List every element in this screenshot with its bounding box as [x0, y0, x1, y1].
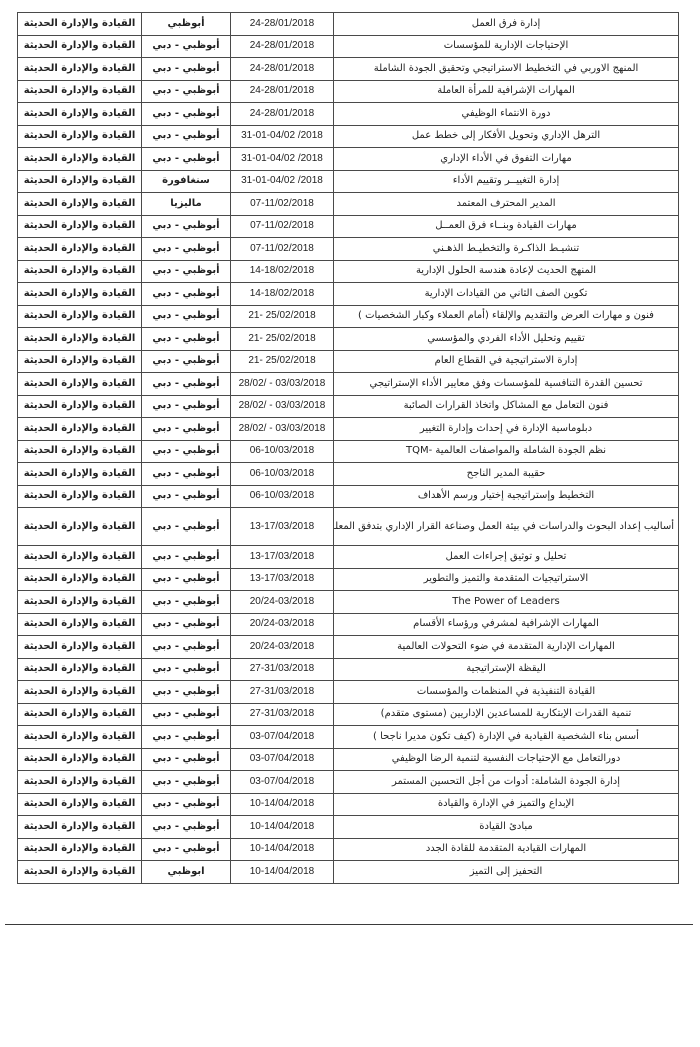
course-title-cell: إدارة الاستراتيجية في القطاع العام	[334, 350, 679, 373]
course-date-cell: 10-14/04/2018	[231, 816, 334, 839]
table-row: الترهل الإداري وتحويل الأفكار إلى خطط عم…	[18, 125, 679, 148]
course-city-cell: أبوظبي - دبي	[142, 771, 231, 794]
course-city-cell: أبوظبي - دبي	[142, 658, 231, 681]
course-date-cell: 20/24-03/2018	[231, 591, 334, 614]
course-date-cell: 28/02/ - 03/03/2018	[231, 373, 334, 396]
table-row: تقييم وتحليل الأداء الفردي والمؤسسي21- 2…	[18, 328, 679, 351]
course-category-cell: القيادة والإدارة الحديثة	[18, 485, 142, 508]
course-title-cell: التخطيط وإستراتيجية إختيار ورسم الأهداف	[334, 485, 679, 508]
document-page: إدارة فرق العمل24-28/01/2018أبوظبيالقياد…	[0, 0, 700, 1047]
course-date-cell: 24-28/01/2018	[231, 80, 334, 103]
course-date-cell: 03-07/04/2018	[231, 771, 334, 794]
course-date-cell: 13-17/03/2018	[231, 568, 334, 591]
course-date-cell: 06-10/03/2018	[231, 463, 334, 486]
course-title-cell: اليقظة الإستراتيجية	[334, 658, 679, 681]
course-title-cell: إدارة التغييــر وتقييم الأداء	[334, 170, 679, 193]
course-title-cell: تنشيـط الذاكـرة والتخطيـط الذهـني	[334, 238, 679, 261]
course-city-cell: أبوظبي - دبي	[142, 305, 231, 328]
course-category-cell: القيادة والإدارة الحديثة	[18, 395, 142, 418]
course-city-cell: أبوظبي - دبي	[142, 485, 231, 508]
course-date-cell: 13-17/03/2018	[231, 508, 334, 546]
table-row: الإحتياجات الإدارية للمؤسسات24-28/01/201…	[18, 35, 679, 58]
course-city-cell: أبوظبي - دبي	[142, 373, 231, 396]
course-city-cell: أبوظبي - دبي	[142, 80, 231, 103]
course-category-cell: القيادة والإدارة الحديثة	[18, 771, 142, 794]
course-city-cell: أبوظبي - دبي	[142, 726, 231, 749]
course-category-cell: القيادة والإدارة الحديثة	[18, 283, 142, 306]
course-city-cell: أبوظبي - دبي	[142, 103, 231, 126]
table-row: المهارات الإشرافية للمرأة العاملة24-28/0…	[18, 80, 679, 103]
course-category-cell: القيادة والإدارة الحديثة	[18, 58, 142, 81]
table-row: مبادئ القيادة10-14/04/2018أبوظبي - دبيال…	[18, 816, 679, 839]
table-row: القيادة التنفيذية في المنظمات والمؤسسات2…	[18, 681, 679, 704]
course-title-cell: المهارات القيادية المتقدمة للقادة الجدد	[334, 838, 679, 861]
course-category-cell: القيادة والإدارة الحديثة	[18, 148, 142, 171]
course-title-cell: أسس بناء الشخصية القيادية في الإدارة (كي…	[334, 726, 679, 749]
course-date-cell: 27-31/03/2018	[231, 703, 334, 726]
course-date-cell: 28/02/ - 03/03/2018	[231, 395, 334, 418]
table-row: مهارات القيادة وبنــاء فرق العمــل07-11/…	[18, 215, 679, 238]
course-city-cell: ابوظبي	[142, 861, 231, 884]
course-date-cell: 07-11/02/2018	[231, 215, 334, 238]
course-category-cell: القيادة والإدارة الحديثة	[18, 463, 142, 486]
course-category-cell: القيادة والإدارة الحديثة	[18, 418, 142, 441]
course-city-cell: أبوظبي - دبي	[142, 260, 231, 283]
course-title-cell: مهارات القيادة وبنــاء فرق العمــل	[334, 215, 679, 238]
course-city-cell: أبوظبي - دبي	[142, 125, 231, 148]
table-row: مهارات التفوق في الأداء الإداري31-01-04/…	[18, 148, 679, 171]
course-title-cell: القيادة التنفيذية في المنظمات والمؤسسات	[334, 681, 679, 704]
course-city-cell: أبوظبي	[142, 13, 231, 36]
course-category-cell: القيادة والإدارة الحديثة	[18, 328, 142, 351]
course-category-cell: القيادة والإدارة الحديثة	[18, 591, 142, 614]
course-city-cell: أبوظبي - دبي	[142, 283, 231, 306]
course-city-cell: أبوظبي - دبي	[142, 350, 231, 373]
table-row: تنمية القدرات الإبتكارية للمساعدين الإدا…	[18, 703, 679, 726]
course-city-cell: أبوظبي - دبي	[142, 58, 231, 81]
course-city-cell: أبوظبي - دبي	[142, 748, 231, 771]
course-date-cell: 13-17/03/2018	[231, 546, 334, 569]
course-city-cell: أبوظبي - دبي	[142, 681, 231, 704]
course-title-cell: تقييم وتحليل الأداء الفردي والمؤسسي	[334, 328, 679, 351]
table-row: إدارة التغييــر وتقييم الأداء31-01-04/02…	[18, 170, 679, 193]
course-date-cell: 14-18/02/2018	[231, 260, 334, 283]
course-date-cell: 24-28/01/2018	[231, 103, 334, 126]
course-title-cell: المنهج الحديث لإعادة هندسة الحلول الإدار…	[334, 260, 679, 283]
course-category-cell: القيادة والإدارة الحديثة	[18, 613, 142, 636]
course-date-cell: 27-31/03/2018	[231, 681, 334, 704]
course-city-cell: سنغافورة	[142, 170, 231, 193]
course-title-cell: تكوين الصف الثاني من القيادات الإدارية	[334, 283, 679, 306]
course-category-cell: القيادة والإدارة الحديثة	[18, 35, 142, 58]
course-city-cell: ماليزيا	[142, 193, 231, 216]
table-row: تنشيـط الذاكـرة والتخطيـط الذهـني07-11/0…	[18, 238, 679, 261]
table-row: تكوين الصف الثاني من القيادات الإدارية14…	[18, 283, 679, 306]
table-row: المهارات الإدارية المتقدمة في ضوء التحول…	[18, 636, 679, 659]
course-category-cell: القيادة والإدارة الحديثة	[18, 170, 142, 193]
course-category-cell: القيادة والإدارة الحديثة	[18, 568, 142, 591]
course-city-cell: أبوظبي - دبي	[142, 838, 231, 861]
course-category-cell: القيادة والإدارة الحديثة	[18, 373, 142, 396]
course-category-cell: القيادة والإدارة الحديثة	[18, 350, 142, 373]
course-date-cell: 20/24-03/2018	[231, 613, 334, 636]
course-date-cell: 10-14/04/2018	[231, 793, 334, 816]
course-date-cell: 03-07/04/2018	[231, 726, 334, 749]
course-title-cell: الاستراتيجيات المتقدمة والتميز والتطوير	[334, 568, 679, 591]
course-title-cell: فنون و مهارات العرض والتقديم والإلقاء (أ…	[334, 305, 679, 328]
course-category-cell: القيادة والإدارة الحديثة	[18, 861, 142, 884]
table-row: المدير المحترف المعتمد07-11/02/2018ماليز…	[18, 193, 679, 216]
course-city-cell: أبوظبي - دبي	[142, 328, 231, 351]
course-date-cell: 31-01-04/02 /2018	[231, 125, 334, 148]
course-city-cell: أبوظبي - دبي	[142, 613, 231, 636]
course-date-cell: 07-11/02/2018	[231, 193, 334, 216]
course-date-cell: 24-28/01/2018	[231, 13, 334, 36]
course-city-cell: أبوظبي - دبي	[142, 703, 231, 726]
table-row: إدارة فرق العمل24-28/01/2018أبوظبيالقياد…	[18, 13, 679, 36]
table-row: الإبداع والتميز في الإدارة والقيادة10-14…	[18, 793, 679, 816]
course-category-cell: القيادة والإدارة الحديثة	[18, 215, 142, 238]
course-category-cell: القيادة والإدارة الحديثة	[18, 193, 142, 216]
course-title-cell: تنمية القدرات الإبتكارية للمساعدين الإدا…	[334, 703, 679, 726]
course-title-cell: حقيبة المدير الناجح	[334, 463, 679, 486]
course-category-cell: القيادة والإدارة الحديثة	[18, 748, 142, 771]
course-category-cell: القيادة والإدارة الحديثة	[18, 658, 142, 681]
course-title-cell: الإبداع والتميز في الإدارة والقيادة	[334, 793, 679, 816]
course-date-cell: 24-28/01/2018	[231, 35, 334, 58]
course-title-cell: نظم الجودة الشاملة والمواصفات العالمية -…	[334, 440, 679, 463]
course-title-cell: المنهج الاوربي في التخطيط الاستراتيجي وت…	[334, 58, 679, 81]
course-title-cell: مبادئ القيادة	[334, 816, 679, 839]
course-title-cell: مهارات التفوق في الأداء الإداري	[334, 148, 679, 171]
course-category-cell: القيادة والإدارة الحديثة	[18, 80, 142, 103]
table-row: أساليب إعداد البحوث والدراسات في بيئة ال…	[18, 508, 679, 546]
course-city-cell: أبوظبي - دبي	[142, 148, 231, 171]
course-category-cell: القيادة والإدارة الحديثة	[18, 508, 142, 546]
course-date-cell: 06-10/03/2018	[231, 440, 334, 463]
course-category-cell: القيادة والإدارة الحديثة	[18, 260, 142, 283]
course-title-cell: دورالتعامل مع الإحتياجات النفسية لتنمية …	[334, 748, 679, 771]
course-category-cell: القيادة والإدارة الحديثة	[18, 636, 142, 659]
course-date-cell: 20/24-03/2018	[231, 636, 334, 659]
course-title-cell: التحفيز إلى التميز	[334, 861, 679, 884]
course-title-cell: فنون التعامل مع المشاكل واتخاذ القرارات …	[334, 395, 679, 418]
course-title-cell: دورة الانتماء الوظيفي	[334, 103, 679, 126]
course-schedule-table: إدارة فرق العمل24-28/01/2018أبوظبيالقياد…	[17, 12, 679, 884]
course-title-cell: أساليب إعداد البحوث والدراسات في بيئة ال…	[334, 508, 679, 546]
course-date-cell: 31-01-04/02 /2018	[231, 148, 334, 171]
footer-divider	[5, 924, 693, 925]
course-category-cell: القيادة والإدارة الحديثة	[18, 305, 142, 328]
course-city-cell: أبوظبي - دبي	[142, 636, 231, 659]
course-city-cell: أبوظبي - دبي	[142, 508, 231, 546]
course-title-cell: الإحتياجات الإدارية للمؤسسات	[334, 35, 679, 58]
course-title-cell: The Power of Leaders	[334, 591, 679, 614]
course-title-cell: المهارات الإشرافية للمرأة العاملة	[334, 80, 679, 103]
table-row: فنون و مهارات العرض والتقديم والإلقاء (أ…	[18, 305, 679, 328]
course-city-cell: أبوظبي - دبي	[142, 215, 231, 238]
course-date-cell: 07-11/02/2018	[231, 238, 334, 261]
course-category-cell: القيادة والإدارة الحديثة	[18, 238, 142, 261]
course-city-cell: أبوظبي - دبي	[142, 418, 231, 441]
course-date-cell: 10-14/04/2018	[231, 838, 334, 861]
course-category-cell: القيادة والإدارة الحديثة	[18, 103, 142, 126]
course-category-cell: القيادة والإدارة الحديثة	[18, 838, 142, 861]
course-city-cell: أبوظبي - دبي	[142, 463, 231, 486]
course-category-cell: القيادة والإدارة الحديثة	[18, 681, 142, 704]
course-date-cell: 14-18/02/2018	[231, 283, 334, 306]
table-row: نظم الجودة الشاملة والمواصفات العالمية -…	[18, 440, 679, 463]
course-date-cell: 21- 25/02/2018	[231, 328, 334, 351]
table-row: دورالتعامل مع الإحتياجات النفسية لتنمية …	[18, 748, 679, 771]
table-row: الاستراتيجيات المتقدمة والتميز والتطوير1…	[18, 568, 679, 591]
table-row: أسس بناء الشخصية القيادية في الإدارة (كي…	[18, 726, 679, 749]
course-category-cell: القيادة والإدارة الحديثة	[18, 703, 142, 726]
course-date-cell: 24-28/01/2018	[231, 58, 334, 81]
table-row: إدارة الاستراتيجية في القطاع العام21- 25…	[18, 350, 679, 373]
course-title-cell: المهارات الإشرافية لمشرفي ورؤساء الأقسام	[334, 613, 679, 636]
course-category-cell: القيادة والإدارة الحديثة	[18, 546, 142, 569]
course-title-cell: دبلوماسية الإدارة في إحداث وإدارة التغيي…	[334, 418, 679, 441]
table-row: دورة الانتماء الوظيفي24-28/01/2018أبوظبي…	[18, 103, 679, 126]
table-row: اليقظة الإستراتيجية27-31/03/2018أبوظبي -…	[18, 658, 679, 681]
course-city-cell: أبوظبي - دبي	[142, 793, 231, 816]
course-city-cell: أبوظبي - دبي	[142, 568, 231, 591]
table-row: المنهج الحديث لإعادة هندسة الحلول الإدار…	[18, 260, 679, 283]
course-category-cell: القيادة والإدارة الحديثة	[18, 440, 142, 463]
course-date-cell: 28/02/ - 03/03/2018	[231, 418, 334, 441]
course-city-cell: أبوظبي - دبي	[142, 546, 231, 569]
table-row: حقيبة المدير الناجح06-10/03/2018أبوظبي -…	[18, 463, 679, 486]
course-title-cell: تحليل و توثيق إجراءات العمل	[334, 546, 679, 569]
course-city-cell: أبوظبي - دبي	[142, 591, 231, 614]
course-city-cell: أبوظبي - دبي	[142, 35, 231, 58]
course-date-cell: 10-14/04/2018	[231, 861, 334, 884]
course-city-cell: أبوظبي - دبي	[142, 395, 231, 418]
course-date-cell: 31-01-04/02 /2018	[231, 170, 334, 193]
table-row: فنون التعامل مع المشاكل واتخاذ القرارات …	[18, 395, 679, 418]
table-row: التحفيز إلى التميز10-14/04/2018ابوظبيالق…	[18, 861, 679, 884]
course-title-cell: إدارة فرق العمل	[334, 13, 679, 36]
course-title-cell: إدارة الجودة الشاملة: أدوات من أجل التحس…	[334, 771, 679, 794]
course-title-cell: تحسين القدرة التنافسية للمؤسسات وفق معاي…	[334, 373, 679, 396]
course-date-cell: 03-07/04/2018	[231, 748, 334, 771]
course-date-cell: 27-31/03/2018	[231, 658, 334, 681]
course-city-cell: أبوظبي - دبي	[142, 816, 231, 839]
table-row: المهارات القيادية المتقدمة للقادة الجدد1…	[18, 838, 679, 861]
course-title-cell: المهارات الإدارية المتقدمة في ضوء التحول…	[334, 636, 679, 659]
course-date-cell: 21- 25/02/2018	[231, 350, 334, 373]
table-row: إدارة الجودة الشاملة: أدوات من أجل التحس…	[18, 771, 679, 794]
table-row: The Power of Leaders20/24-03/2018أبوظبي …	[18, 591, 679, 614]
table-row: التخطيط وإستراتيجية إختيار ورسم الأهداف0…	[18, 485, 679, 508]
course-category-cell: القيادة والإدارة الحديثة	[18, 125, 142, 148]
table-row: تحسين القدرة التنافسية للمؤسسات وفق معاي…	[18, 373, 679, 396]
course-title-cell: الترهل الإداري وتحويل الأفكار إلى خطط عم…	[334, 125, 679, 148]
table-row: المهارات الإشرافية لمشرفي ورؤساء الأقسام…	[18, 613, 679, 636]
course-category-cell: القيادة والإدارة الحديثة	[18, 793, 142, 816]
table-row: المنهج الاوربي في التخطيط الاستراتيجي وت…	[18, 58, 679, 81]
schedule-body: إدارة فرق العمل24-28/01/2018أبوظبيالقياد…	[18, 13, 679, 884]
course-category-cell: القيادة والإدارة الحديثة	[18, 726, 142, 749]
course-title-cell: المدير المحترف المعتمد	[334, 193, 679, 216]
course-city-cell: أبوظبي - دبي	[142, 238, 231, 261]
table-row: تحليل و توثيق إجراءات العمل13-17/03/2018…	[18, 546, 679, 569]
table-row: دبلوماسية الإدارة في إحداث وإدارة التغيي…	[18, 418, 679, 441]
course-date-cell: 06-10/03/2018	[231, 485, 334, 508]
course-city-cell: أبوظبي - دبي	[142, 440, 231, 463]
course-category-cell: القيادة والإدارة الحديثة	[18, 13, 142, 36]
course-category-cell: القيادة والإدارة الحديثة	[18, 816, 142, 839]
course-date-cell: 21- 25/02/2018	[231, 305, 334, 328]
